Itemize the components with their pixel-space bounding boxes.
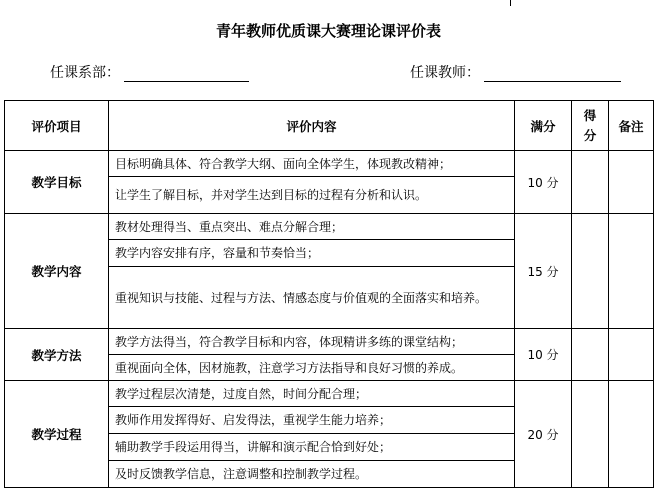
evaluation-table: 评价项目 评价内容 满分 得 分 备注 教学目标 目标明确具体、符合教学大纲、面… [4, 100, 654, 488]
criterion: 重视面向全体，因材施教，注意学习方法指导和良好习惯的养成。 [109, 355, 514, 380]
table-row: 教学方法 教学方法得当，符合教学目标和内容，体现精讲多练的课堂结构； 重视面向全… [5, 329, 654, 381]
category-cell: 教学目标 [5, 151, 109, 214]
criterion: 教材处理得当、重点突出、难点分解合理； [109, 214, 514, 240]
remarks-input-cell[interactable] [609, 214, 654, 329]
full-score-cell: 10 分 [515, 329, 572, 381]
criterion: 教学方法得当，符合教学目标和内容，体现精讲多练的课堂结构； [109, 329, 514, 355]
criterion: 辅助教学手段运用得当，讲解和演示配合恰到好处； [109, 434, 514, 461]
table-row: 教学内容 教材处理得当、重点突出、难点分解合理； 教学内容安排有序，容量和节奏恰… [5, 214, 654, 329]
criterion: 让学生了解目标，并对学生达到目标的过程有分析和认识。 [109, 177, 514, 213]
full-score-cell: 10 分 [515, 151, 572, 214]
category-cell: 教学内容 [5, 214, 109, 329]
department-blank[interactable] [124, 67, 249, 82]
criteria-cell: 教材处理得当、重点突出、难点分解合理； 教学内容安排有序，容量和节奏恰当； 重视… [109, 214, 515, 329]
teacher-field: 任课教师： [410, 62, 621, 82]
criterion: 目标明确具体、符合教学大纲、面向全体学生，体现教改精神； [109, 151, 514, 177]
teacher-label: 任课教师： [410, 62, 480, 82]
criteria-cell: 目标明确具体、符合教学大纲、面向全体学生，体现教改精神； 让学生了解目标，并对学… [109, 151, 515, 214]
table-row: 教学目标 目标明确具体、符合教学大纲、面向全体学生，体现教改精神； 让学生了解目… [5, 151, 654, 214]
header-score: 得 分 [572, 101, 609, 151]
header-row: 评价项目 评价内容 满分 得 分 备注 [5, 101, 654, 151]
full-score-cell: 20 分 [515, 381, 572, 488]
criterion: 教学内容安排有序，容量和节奏恰当； [109, 240, 514, 267]
header-score-bottom: 分 [572, 126, 608, 146]
department-label: 任课系部： [50, 62, 120, 82]
header-content: 评价内容 [109, 101, 515, 151]
header-full-score: 满分 [515, 101, 572, 151]
page-edge-mark [510, 0, 511, 6]
header-item: 评价项目 [5, 101, 109, 151]
department-field: 任课系部： [50, 62, 249, 82]
criterion: 教师作用发挥得好、启发得法，重视学生能力培养； [109, 407, 514, 434]
remarks-input-cell[interactable] [609, 381, 654, 488]
category-cell: 教学过程 [5, 381, 109, 488]
criterion: 重视知识与技能、过程与方法、情感态度与价值观的全面落实和培养。 [109, 267, 514, 328]
criteria-cell: 教学方法得当，符合教学目标和内容，体现精讲多练的课堂结构； 重视面向全体，因材施… [109, 329, 515, 381]
header-remarks: 备注 [609, 101, 654, 151]
header-score-top: 得 [572, 106, 608, 126]
score-input-cell[interactable] [572, 329, 609, 381]
remarks-input-cell[interactable] [609, 329, 654, 381]
criteria-cell: 教学过程层次清楚，过度自然，时间分配合理； 教师作用发挥得好、启发得法，重视学生… [109, 381, 515, 488]
teacher-blank[interactable] [484, 67, 621, 82]
category-cell: 教学方法 [5, 329, 109, 381]
criterion: 教学过程层次清楚，过度自然，时间分配合理； [109, 381, 514, 407]
remarks-input-cell[interactable] [609, 151, 654, 214]
score-input-cell[interactable] [572, 381, 609, 488]
full-score-cell: 15 分 [515, 214, 572, 329]
score-input-cell[interactable] [572, 151, 609, 214]
score-input-cell[interactable] [572, 214, 609, 329]
criterion: 及时反馈教学信息，注意调整和控制教学过程。 [109, 461, 514, 487]
table-row: 教学过程 教学过程层次清楚，过度自然，时间分配合理； 教师作用发挥得好、启发得法… [5, 381, 654, 488]
document-title: 青年教师优质课大赛理论课评价表 [0, 20, 657, 41]
